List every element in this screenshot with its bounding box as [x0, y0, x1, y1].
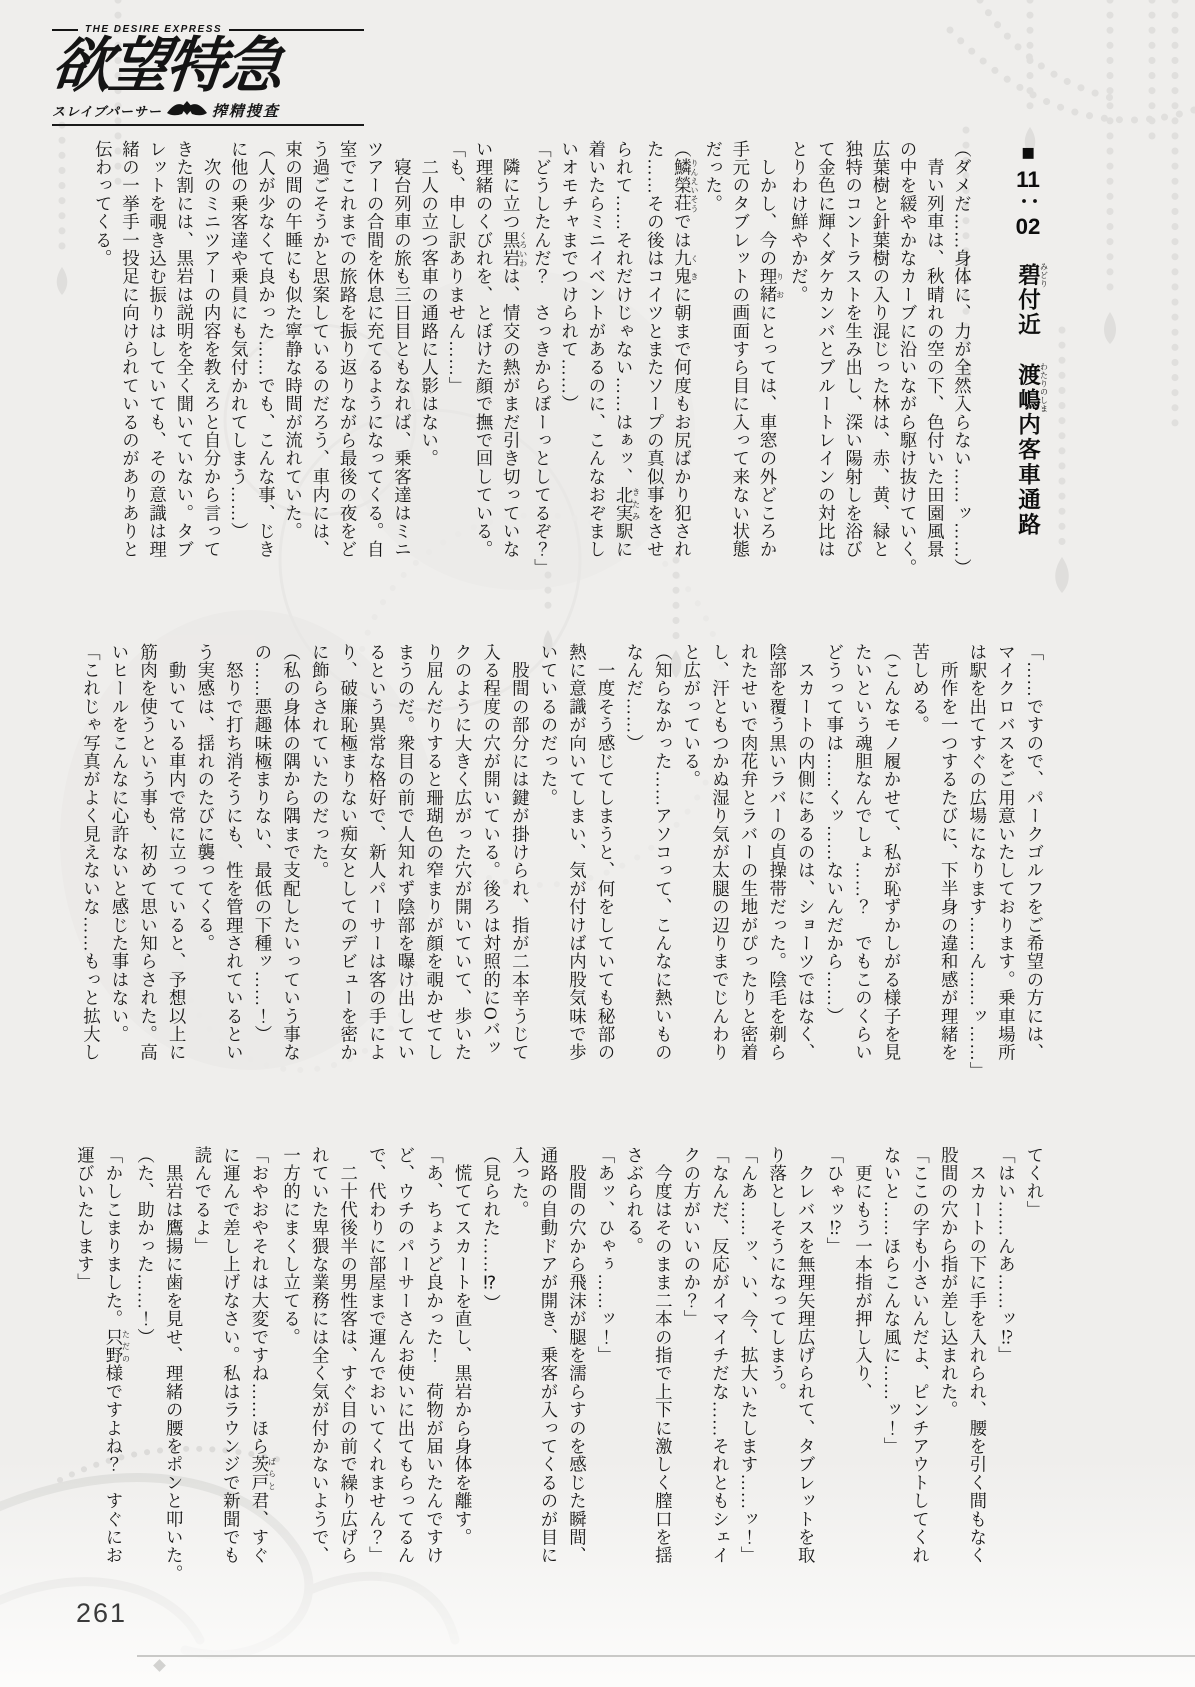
text-line: まうのだ。衆目の前で人知れず陰部を曝け出してい [390, 643, 419, 1118]
text-line: 「んあ……ッ、い、今、拡大いたします……ッ！」 [733, 1146, 762, 1621]
text-line: 着いたらミニイベントがあるのに、こんなおぞまし [582, 140, 609, 615]
text-line: 一度そう感じてしまうと、何をしていても秘部の [591, 643, 620, 1118]
text-line: 怒りで打ち消そうにも、性を管理されているとい [219, 643, 248, 1118]
text-line: スカートの下に手を入れられ、腰を引く間もなく [962, 1146, 991, 1621]
text-line: だった。 [698, 140, 725, 615]
text-line: マイクロバスをご用意いたしております。乗車場所 [991, 643, 1020, 1118]
text-line: 「あ、ちょうど良かった！ 荷物が届いたんですけ [419, 1146, 448, 1621]
text-line: 「かしこまりました。只野ただの様ですよね？ すぐにお [98, 1146, 130, 1621]
text-line: （人が少なくて良かった……でも、こんな事、じき [251, 140, 278, 615]
text-line: いオモチャまでつけられて……） [554, 140, 581, 615]
text-line: 「はい……んあ……ッ⁉」 [991, 1146, 1020, 1621]
text-line: に他の乗客達や乗員にも気付かれてしまう……） [224, 140, 251, 615]
text-line: に運んで差し上げなさい。私はラウンジで新聞でも [216, 1146, 245, 1621]
text-line: るという異常な格好で、新人パーサーは客の手によ [362, 643, 391, 1118]
text-line: 独特のコントラストを生み出し、深い陽射しを浴び [838, 140, 865, 615]
text-line: 束の間の午睡にも似た寧静な時間が流れていた。 [278, 140, 305, 615]
text-line: （こんなモノ履かせて、私が恥ずかしがる様子を見 [876, 643, 905, 1118]
text-line: い理緒のくびれを、とぼけた顔で撫で回している。 [469, 140, 496, 615]
text-line: 一方的にまくし立てる。 [276, 1146, 305, 1621]
logo-subtitle-left: スレイブパーサー [52, 101, 162, 120]
text-line: 緒の一挙手一投足に向けられているのがありありと [115, 140, 142, 615]
text-line: クの方がいいのか？」 [676, 1146, 705, 1621]
text-line: 運びいたします」 [70, 1146, 99, 1621]
section-time-hours: 11 [1016, 168, 1041, 191]
text-line: り落としそうになってしまう。 [762, 1146, 791, 1621]
text-block-middle: 「……ですので、パークゴルフをご希望の方には、マイクロバスをご用意いたしておりま… [76, 643, 1048, 1118]
text-line: 広葉樹と針葉樹の入り混じった林は、赤、黄、緑と [866, 140, 893, 615]
text-line: れていた卑猥な業務には全く気が付かないようで、 [305, 1146, 334, 1621]
text-line: 次のミニツアーの内容を教えろと自分から言って [197, 140, 224, 615]
text-line: クレバスを無理矢理広げられて、タブレットを取 [791, 1146, 820, 1621]
text-line: （私の身体の隅から隅まで支配したいっていう事な [276, 643, 305, 1118]
text-line: られて……それだけじゃない……はぁッ、北実きたみ駅に [609, 140, 640, 615]
text-line: 室でこれまでの旅路を振り返りながら最後の夜をど [333, 140, 360, 615]
text-line: 陰部を覆う黒いラバーの貞操帯だった。陰毛を剃ら [762, 643, 791, 1118]
logo-subtitle-right: 搾精捜査 [212, 100, 280, 121]
text-line: 二人の立つ客車の通路に人影はない。 [414, 140, 441, 615]
text-line: 「も、申し訳ありません……」 [442, 140, 469, 615]
section-bullet: ■ [1016, 140, 1041, 168]
text-line: （た、助かった……！） [130, 1146, 159, 1621]
text-line: 黒岩は鷹揚に歯を見せ、理緒の腰をポンと叩いた。 [159, 1146, 188, 1621]
logo-rule-right [229, 29, 364, 31]
text-line: きた割には、黒岩は説明を全く聞いていない。タブ [170, 140, 197, 615]
text-line: 今度はそのまま二本の指で上下に激しく膣口を揺 [648, 1146, 677, 1621]
text-line: ツアーの合間を休息に充てるようになってくる。自 [360, 140, 387, 615]
text-line: 所作を一つするたびに、下半身の違和感が理緒を [934, 643, 963, 1118]
text-line: 熱に意識が向いてしまい、気が付けば内股気味で歩 [562, 643, 591, 1118]
footer-divider [137, 1655, 1195, 1657]
section-location: 碧みどり付近 渡嶋わたりのしま内客車通路 [1016, 238, 1041, 538]
text-line: ないと……ほらこんな風に……ッ！」 [876, 1146, 905, 1621]
text-line: で、代わりに部屋まで運んでおいてくれません？」 [362, 1146, 391, 1621]
text-line: 筋肉を使うという事も、初めて思い知らされた。高 [133, 643, 162, 1118]
text-line: とりわけ鮮やかだ。 [784, 140, 811, 615]
text-line: 動いている車内で常に立っていると、予想以上に [162, 643, 191, 1118]
text-line: 寝台列車の旅も三日目ともなれば、乗客達はミニ [387, 140, 414, 615]
text-line: なんだ……） [619, 643, 648, 1118]
text-line: 「ひゃッ⁉」 [819, 1146, 848, 1621]
text-line: 伝わってくる。 [88, 140, 115, 615]
text-line: う過ごそうかと思案しているのだろう、車内には、 [306, 140, 333, 615]
text-line: 入った。 [505, 1146, 534, 1621]
text-line: 「どうしたんだ？ さっきからぼーっとしてるぞ？」 [527, 140, 554, 615]
text-line: 股間の穴から飛沫が腿を濡らすのを感じた瞬間、 [562, 1146, 591, 1621]
text-line: （ダメだ……身体に、力が全然入らない……ッ……） [947, 140, 974, 615]
text-line: 「これじゃ写真がよく見えないな……もっと拡大し [76, 643, 105, 1118]
text-line: 「……ですので、パークゴルフをご希望の方には、 [1019, 643, 1048, 1118]
section-header: ■11：02 碧みどり付近 渡嶋わたりのしま内客車通路 [1011, 140, 1049, 615]
text-line: たいという魂胆なんでしょ……？ でもこのくらい [848, 643, 877, 1118]
logo-subtitle-row: スレイブパーサー 搾精捜査 [52, 99, 364, 126]
text-line: に飾らされていたのだった。 [305, 643, 334, 1118]
text-block-bottom: てくれ」「はい……んあ……ッ⁉」 スカートの下に手を入れられ、腰を引く間もなく股… [70, 1146, 1048, 1621]
text-line: し、汗ともつかぬ湿り気が太腿の辺りまでじんわり [705, 643, 734, 1118]
text-line: て金色に輝くダケカンバとブルートレインの対比は [811, 140, 838, 615]
text-line: 更にもう一本指が押し入り、 [848, 1146, 877, 1621]
text-line: いヒールをこんなに心許ないと感じた事はない。 [104, 643, 133, 1118]
text-line: は駅を出てすぐの広場になります……ん……ッ……」 [962, 643, 991, 1118]
text-line: 苦しめる。 [905, 643, 934, 1118]
text-line: た……その後はコイツとまたソープの真似事をさせ [640, 140, 667, 615]
text-line: 「おやおやそれは大変ですね……ほら茨戸ばらと君、すぐ [244, 1146, 276, 1621]
text-line: （鱗榮荘りんえいそうでは九鬼くきに朝まで何度もお尻ばかり犯され [667, 140, 698, 615]
text-line: 手元のタブレットの画面すら目に入って来ない状態 [726, 140, 753, 615]
text-line: れたせいで肉花弁とラバーの生地がぴったりと密着 [733, 643, 762, 1118]
text-line: 股間の穴から指が差し込まれた。 [934, 1146, 963, 1621]
text-line: 隣に立つ黒岩くろいわは、情交の熱がまだ引き切っていな [496, 140, 527, 615]
text-line: り、破廉恥極まりない痴女としてのデビューを密か [333, 643, 362, 1118]
text-line: しかし、今の理緒りおにとっては、車窓の外どころか [753, 140, 784, 615]
text-line: さぶられる。 [619, 1146, 648, 1621]
book-page: THE DESIRE EXPRESS 欲望特急 スレイブパーサー 搾精捜査 ■1… [0, 0, 1195, 1687]
text-line: いているのだった。 [533, 643, 562, 1118]
text-line: どうって事は……くッ……ないんだから……） [819, 643, 848, 1118]
series-logo: THE DESIRE EXPRESS 欲望特急 スレイブパーサー 搾精捜査 [52, 24, 364, 126]
text-block-top: ■11：02 碧みどり付近 渡嶋わたりのしま内客車通路 （ダメだ……身体に、力が… [88, 140, 1048, 615]
text-line: 入る程度の穴が開いている。後ろは対照的にOバッ [476, 643, 505, 1118]
section-time-colon: ： [1016, 190, 1041, 215]
text-line: （知らなかった……アソコって、こんなに熱いもの [648, 643, 677, 1118]
text-line: （見られた……⁉） [476, 1146, 505, 1621]
text-line: レットを覗き込む振りはしていても、その意識は理 [142, 140, 169, 615]
text-line: クのように大きく広がった穴が開いていて、歩いた [448, 643, 477, 1118]
page-number: 261 [76, 1598, 127, 1629]
text-line: と広がっている。 [676, 643, 705, 1118]
text-line: 「なんだ、反応がイマイチだな……それともシェイ [705, 1146, 734, 1621]
text-line: てくれ」 [1019, 1146, 1048, 1621]
text-line: 二十代後半の男性客は、すぐ目の前で繰り広げら [333, 1146, 362, 1621]
text-line: 通路の自動ドアが開き、乗客が入ってくるのが目に [533, 1146, 562, 1621]
text-line: の……悪趣味極まりない、最低の下種ッ……！） [247, 643, 276, 1118]
text-line: り屈んだりすると珊瑚色の窄まりが顔を覗かせてし [419, 643, 448, 1118]
logo-rule-left [52, 29, 78, 31]
text-line: の中を緩やかなカーブに沿いながら駆け抜けていく。 [893, 140, 920, 615]
text-line: スカートの内側にあるのは、ショーツではなく、 [791, 643, 820, 1118]
text-line: 股間の部分には鍵が掛けられ、指が二本辛うじて [505, 643, 534, 1118]
section-time-minutes: 02 [1016, 215, 1041, 238]
text-line: 青い列車は、秋晴れの空の下、色付いた田園風景 [920, 140, 947, 615]
logo-title: 欲望特急 [49, 35, 368, 97]
logo-emblem-icon [167, 99, 207, 121]
text-line: 「ここの字も小さいんだよ、ピンチアウトしてくれ [905, 1146, 934, 1621]
text-line: ど、ウチのパーサーさんお使いに出てもらってるん [390, 1146, 419, 1621]
text-line: う実感は、揺れのたびに襲ってくる。 [190, 643, 219, 1118]
text-line: 「あッ、ひゃぅ……ッ！」 [591, 1146, 620, 1621]
text-line: 読んでるよ」 [187, 1146, 216, 1621]
text-line: 慌ててスカートを直し、黒岩から身体を離す。 [448, 1146, 477, 1621]
